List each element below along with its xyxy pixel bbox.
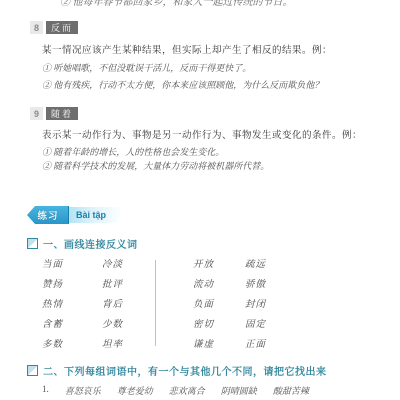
word-cell[interactable]: 当面 <box>42 255 82 275</box>
word-cell[interactable]: 冷淡 <box>102 255 142 275</box>
exercise-banner-zh: 练习 <box>27 206 69 224</box>
section-9: 9 随着 <box>30 107 78 120</box>
section-number-badge: 8 <box>30 21 43 34</box>
word-option[interactable]: 尊老爱幼 <box>117 384 153 397</box>
word-cell[interactable]: 批评 <box>102 275 142 295</box>
word-cell[interactable]: 封闭 <box>245 295 285 315</box>
antonym-word-grid: 当面 赞扬 热情 含蓄 多数 冷淡 批评 背后 少数 坦率 开放 流动 负面 密… <box>0 255 400 355</box>
grid-divider <box>155 260 156 346</box>
word-cell[interactable]: 流动 <box>193 275 233 295</box>
word-cell[interactable]: 少数 <box>102 315 142 335</box>
word-cell[interactable]: 固定 <box>245 315 285 335</box>
section-9-definition: 表示某一动作行为、事物是另一动作行为、事物发生或变化的条件。例： <box>42 129 362 144</box>
word-cell[interactable]: 背后 <box>102 295 142 315</box>
word-option[interactable]: 喜怒哀乐 <box>65 384 101 397</box>
exercise-banner: Bài tập 练习 <box>27 206 127 224</box>
item-number: 1. <box>42 384 49 397</box>
section-term-badge: 随着 <box>46 107 78 120</box>
word-cell[interactable]: 赞扬 <box>42 275 82 295</box>
section-8-example-1: ① 听她唱歌，不但没耽误干活儿，反而干得更快了。 <box>42 60 251 76</box>
word-cell[interactable]: 多数 <box>42 335 82 355</box>
word-cell[interactable]: 负面 <box>193 295 233 315</box>
pencil-square-icon <box>27 365 38 376</box>
word-option[interactable]: 悲欢离合 <box>169 384 205 397</box>
section-number-badge: 9 <box>30 107 43 120</box>
section-9-example-2: ② 随着科学技术的发展，大量体力劳动将被机器所代替。 <box>42 158 269 174</box>
exercise-1-title: 一、画线连接反义词 <box>43 236 138 251</box>
word-option[interactable]: 酸甜苦辣 <box>273 384 309 397</box>
section-8-header: 8 反而 <box>30 21 78 34</box>
word-cell[interactable]: 坦率 <box>102 335 142 355</box>
exercise-1-title-row: 一、画线连接反义词 <box>27 236 138 251</box>
section-8-definition: 某一情况应该产生某种结果，但实际上却产生了相反的结果。例： <box>42 44 332 59</box>
exercise-banner-vi-label: Bài tập <box>74 210 106 220</box>
word-cell[interactable]: 含蓄 <box>42 315 82 335</box>
section-9-header: 9 随着 <box>30 107 78 120</box>
exercise-2-item-1: 1. 喜怒哀乐 尊老爱幼 悲欢离合 阴晴圆缺 酸甜苦辣 <box>42 384 309 397</box>
word-cell[interactable]: 疏远 <box>245 255 285 275</box>
exercise-2-title-row: 二、下列每组词语中，有一个与其他几个不同，请把它找出来 <box>27 363 327 378</box>
word-cell[interactable]: 正面 <box>245 335 285 355</box>
section-term-badge: 反而 <box>46 21 78 34</box>
pencil-square-icon <box>27 238 38 249</box>
word-cell[interactable]: 密切 <box>193 315 233 335</box>
section-8: 8 反而 <box>30 21 78 34</box>
word-cell[interactable]: 热情 <box>42 295 82 315</box>
exercise-banner-zh-label: 练习 <box>37 208 58 222</box>
top-partial-line-text: ② 他每年春节都回家乡，和家人一起过传统的节日。 <box>60 0 360 8</box>
exercise-2-title: 二、下列每组词语中，有一个与其他几个不同，请把它找出来 <box>43 363 327 378</box>
word-cell[interactable]: 谦虚 <box>193 335 233 355</box>
section-8-example-2: ② 他有残疾，行动不太方便，你本来应该照顾他，为什么反而欺负他？ <box>42 77 323 93</box>
word-cell[interactable]: 开放 <box>193 255 233 275</box>
top-partial-line: ② 他每年春节都回家乡，和家人一起过传统的节日。 <box>60 0 360 8</box>
word-option[interactable]: 阴晴圆缺 <box>221 384 257 397</box>
word-cell[interactable]: 骄傲 <box>245 275 285 295</box>
